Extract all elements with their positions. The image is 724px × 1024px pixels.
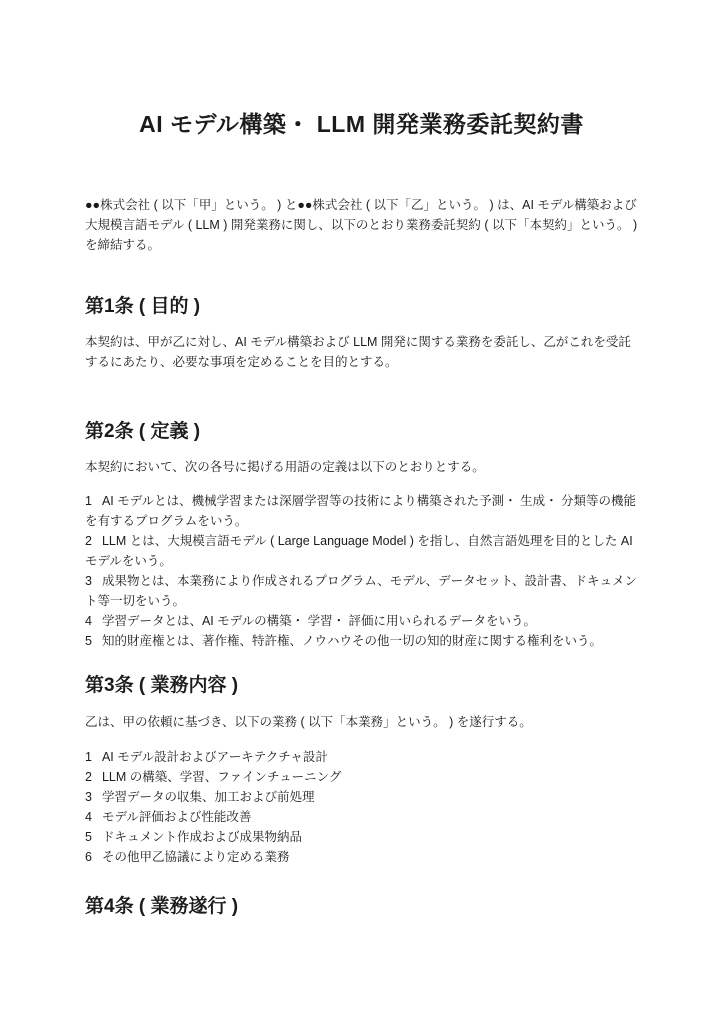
- definition-item: 2LLM とは、大規模言語モデル ( Large Language Model …: [85, 531, 638, 571]
- item-text: 学習データの収集、加工および前処理: [102, 790, 315, 804]
- document-title: AI モデル構築・ LLM 開発業務委託契約書: [85, 107, 638, 141]
- item-text: ドキュメント作成および成果物納品: [102, 830, 302, 844]
- definition-list: 1AI モデルとは、機械学習または深層学習等の技術により構築された予測・ 生成・…: [85, 491, 638, 651]
- article-2-heading: 第2条 ( 定義 ): [85, 418, 638, 446]
- preamble-paragraph: ●●株式会社 ( 以下「甲」という。 ) と●●株式会社 ( 以下「乙」という。…: [85, 195, 638, 255]
- article-3-heading: 第3条 ( 業務内容 ): [85, 672, 638, 700]
- definition-item: 4学習データとは、AI モデルの構築・ 学習・ 評価に用いられるデータをいう。: [85, 611, 638, 631]
- article-4-section: 第4条 ( 業務遂行 ): [85, 893, 638, 921]
- article-4-heading: 第4条 ( 業務遂行 ): [85, 893, 638, 921]
- item-number: 5: [85, 830, 92, 844]
- item-number: 3: [85, 574, 92, 588]
- item-number: 2: [85, 770, 92, 784]
- task-list: 1AI モデル設計およびアーキテクチャ設計 2LLM の構築、学習、ファインチュ…: [85, 747, 638, 867]
- item-text: その他甲乙協議により定める業務: [102, 850, 290, 864]
- item-number: 4: [85, 810, 92, 824]
- task-item: 6その他甲乙協議により定める業務: [85, 847, 638, 867]
- item-number: 1: [85, 750, 92, 764]
- item-text: LLM の構築、学習、ファインチューニング: [102, 770, 341, 784]
- task-item: 1AI モデル設計およびアーキテクチャ設計: [85, 747, 638, 767]
- task-item: 3学習データの収集、加工および前処理: [85, 787, 638, 807]
- article-2-section: 第2条 ( 定義 ) 本契約において、次の各号に掲げる用語の定義は以下のとおりと…: [85, 418, 638, 651]
- item-text: 知的財産権とは、著作権、特許権、ノウハウその他一切の知的財産に関する権利をいう。: [102, 634, 602, 648]
- definition-item: 3成果物とは、本業務により作成されるプログラム、モデル、データセット、設計書、ド…: [85, 571, 638, 611]
- article-1-section: 第1条 ( 目的 ) 本契約は、甲が乙に対し、AI モデル構築および LLM 開…: [85, 293, 638, 372]
- item-text: モデル評価および性能改善: [102, 810, 251, 824]
- article-2-lead: 本契約において、次の各号に掲げる用語の定義は以下のとおりとする。: [85, 457, 638, 477]
- item-number: 2: [85, 534, 92, 548]
- task-item: 5ドキュメント作成および成果物納品: [85, 827, 638, 847]
- item-text: AI モデル設計およびアーキテクチャ設計: [102, 750, 328, 764]
- item-text: 成果物とは、本業務により作成されるプログラム、モデル、データセット、設計書、ドキ…: [85, 574, 637, 608]
- article-1-body: 本契約は、甲が乙に対し、AI モデル構築および LLM 開発に関する業務を委託し…: [85, 332, 638, 372]
- task-item: 2LLM の構築、学習、ファインチューニング: [85, 767, 638, 787]
- article-3-section: 第3条 ( 業務内容 ) 乙は、甲の依頼に基づき、以下の業務 ( 以下「本業務」…: [85, 672, 638, 867]
- item-number: 6: [85, 850, 92, 864]
- item-number: 1: [85, 494, 92, 508]
- contract-document-page: AI モデル構築・ LLM 開発業務委託契約書 ●●株式会社 ( 以下「甲」とい…: [0, 0, 724, 1024]
- item-number: 3: [85, 790, 92, 804]
- article-3-lead: 乙は、甲の依頼に基づき、以下の業務 ( 以下「本業務」という。 ) を遂行する。: [85, 712, 638, 732]
- item-number: 5: [85, 634, 92, 648]
- item-number: 4: [85, 614, 92, 628]
- item-text: AI モデルとは、機械学習または深層学習等の技術により構築された予測・ 生成・ …: [85, 494, 636, 528]
- article-1-heading: 第1条 ( 目的 ): [85, 293, 638, 321]
- item-text: 学習データとは、AI モデルの構築・ 学習・ 評価に用いられるデータをいう。: [102, 614, 536, 628]
- item-text: LLM とは、大規模言語モデル ( Large Language Model )…: [85, 534, 633, 568]
- definition-item: 1AI モデルとは、機械学習または深層学習等の技術により構築された予測・ 生成・…: [85, 491, 638, 531]
- definition-item: 5知的財産権とは、著作権、特許権、ノウハウその他一切の知的財産に関する権利をいう…: [85, 631, 638, 651]
- task-item: 4モデル評価および性能改善: [85, 807, 638, 827]
